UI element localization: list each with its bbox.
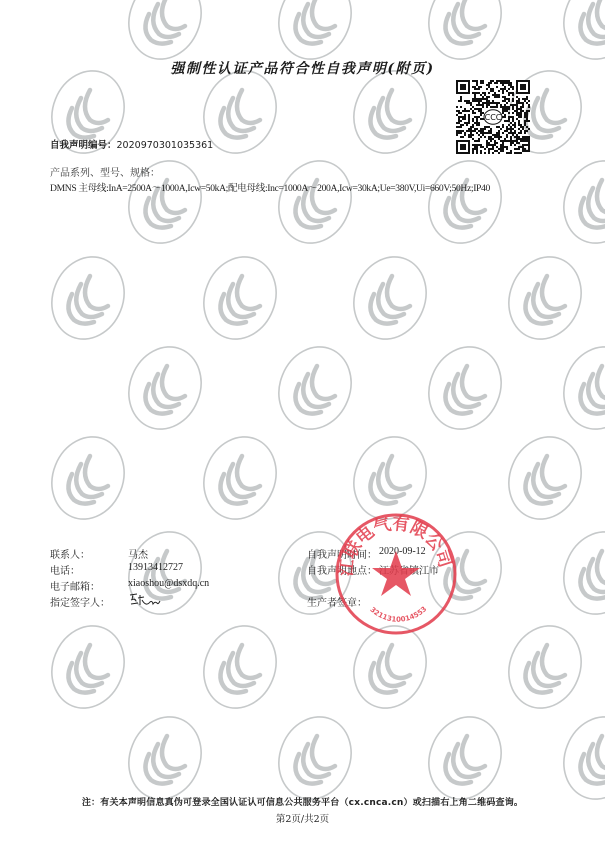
contact-person-value: 马杰 xyxy=(128,546,148,561)
ccc-watermark-icon xyxy=(507,254,583,342)
email-value: xiaoshou@dsxdq.cn xyxy=(128,578,209,589)
ccc-watermark-icon xyxy=(562,158,605,246)
ccc-watermark-icon xyxy=(127,714,203,802)
footer-note: 注：有关本声明信息真伪可登录全国认证认可信息公共服务平台（cx.cnca.cn）… xyxy=(0,795,605,808)
ccc-watermark-icon xyxy=(352,254,428,342)
svg-text:3211310014553: 3211310014553 xyxy=(368,605,428,624)
stamp-number: 3211310014553 xyxy=(368,605,428,624)
contact-person-label: 联系人： xyxy=(50,546,90,561)
signature-image xyxy=(128,591,162,613)
ccc-watermark-icon xyxy=(562,714,605,802)
ccc-watermark-icon xyxy=(50,623,126,711)
ccc-watermark-icon xyxy=(427,714,503,802)
page-title: 强制性认证产品符合性自我声明(附页) xyxy=(0,58,605,78)
product-spec-value: DMNS 主母线:InA=2500A～1000A,Icw=50kA;配电母线:I… xyxy=(50,180,490,194)
page-number: 第2页/共2页 xyxy=(0,811,605,825)
ccc-watermark-icon xyxy=(562,529,605,617)
ccc-watermark-icon xyxy=(352,434,428,522)
svg-text:CCC: CCC xyxy=(485,113,502,122)
ccc-watermark-icon xyxy=(562,344,605,432)
ccc-watermark-icon xyxy=(427,0,503,62)
ccc-watermark-icon xyxy=(202,68,278,156)
ccc-watermark-icon xyxy=(562,0,605,62)
phone-value: 13913412727 xyxy=(128,562,183,573)
ccc-watermark-icon xyxy=(202,623,278,711)
declaration-number: 自我声明编号：2020970301035361 xyxy=(50,137,213,151)
declaration-number-value: 2020970301035361 xyxy=(117,140,214,151)
ccc-watermark-icon xyxy=(507,434,583,522)
phone-label: 电话： xyxy=(50,562,80,577)
email-label: 电子邮箱： xyxy=(50,578,100,593)
ccc-watermark-icon xyxy=(277,714,353,802)
company-seal-stamp: 江联电气有限公司 3211310014553 xyxy=(333,511,459,637)
signatory-label: 指定签字人： xyxy=(50,594,110,609)
ccc-watermark-icon xyxy=(507,623,583,711)
ccc-watermark-icon xyxy=(202,254,278,342)
ccc-watermark-icon xyxy=(127,344,203,432)
ccc-watermark-icon xyxy=(50,254,126,342)
ccc-watermark-icon xyxy=(202,434,278,522)
declaration-number-label: 自我声明编号： xyxy=(50,140,117,151)
qr-code-icon[interactable]: CCC xyxy=(456,80,530,154)
ccc-watermark-icon xyxy=(277,158,353,246)
ccc-watermark-icon xyxy=(352,68,428,156)
ccc-watermark-icon xyxy=(277,0,353,62)
ccc-watermark-icon xyxy=(127,0,203,62)
product-spec-label: 产品系列、型号、规格： xyxy=(50,164,160,179)
ccc-watermark-icon xyxy=(427,158,503,246)
ccc-watermark-icon xyxy=(427,344,503,432)
ccc-watermark-icon xyxy=(50,434,126,522)
ccc-watermark-icon xyxy=(277,344,353,432)
